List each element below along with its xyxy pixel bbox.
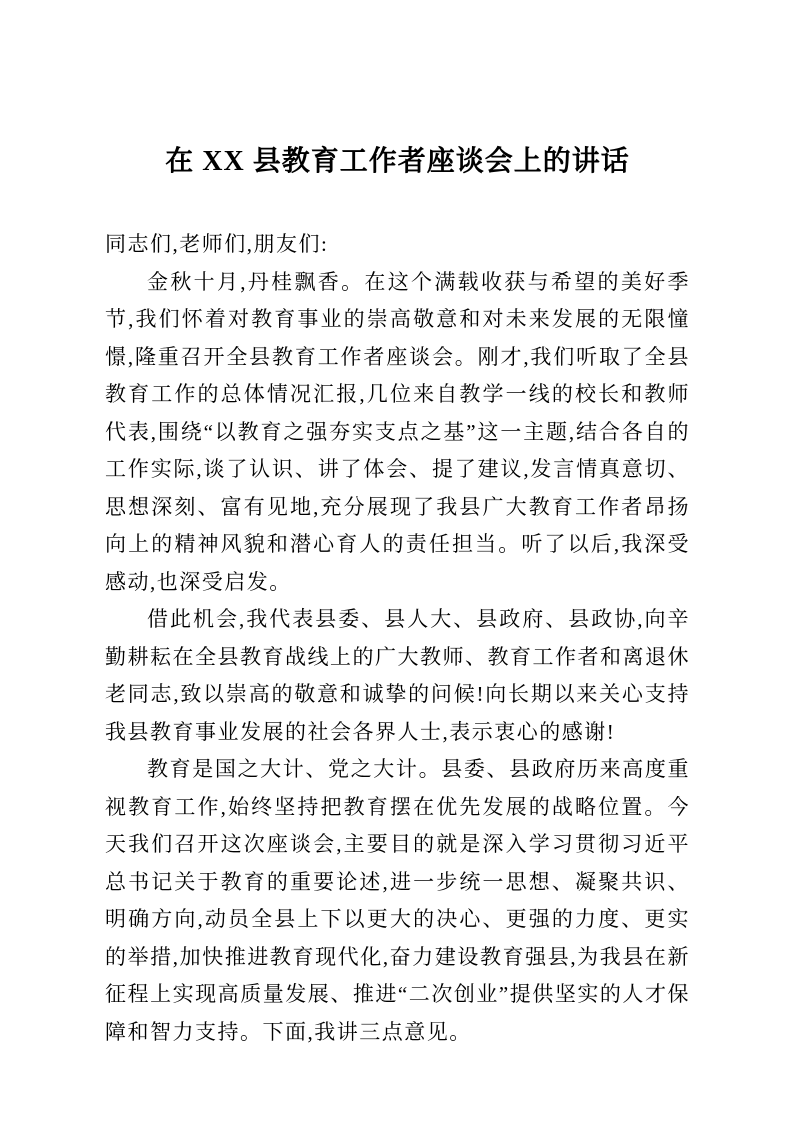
document-page: 在 XX 县教育工作者座谈会上的讲话 同志们,老师们,朋友们: 金秋十月,丹桂飘… — [0, 0, 793, 1122]
salutation-line: 同志们,老师们,朋友们: — [105, 226, 690, 264]
paragraph: 教育是国之大计、党之大计。县委、县政府历来高度重视教育工作,始终坚持把教育摆在优… — [105, 751, 690, 1051]
document-body: 同志们,老师们,朋友们: 金秋十月,丹桂飘香。在这个满载收获与希望的美好季节,我… — [105, 226, 690, 1051]
paragraph: 金秋十月,丹桂飘香。在这个满载收获与希望的美好季节,我们怀着对教育事业的崇高敬意… — [105, 264, 690, 602]
document-title: 在 XX 县教育工作者座谈会上的讲话 — [105, 144, 690, 180]
paragraph: 借此机会,我代表县委、县人大、县政府、县政协,向辛勤耕耘在全县教育战线上的广大教… — [105, 601, 690, 751]
